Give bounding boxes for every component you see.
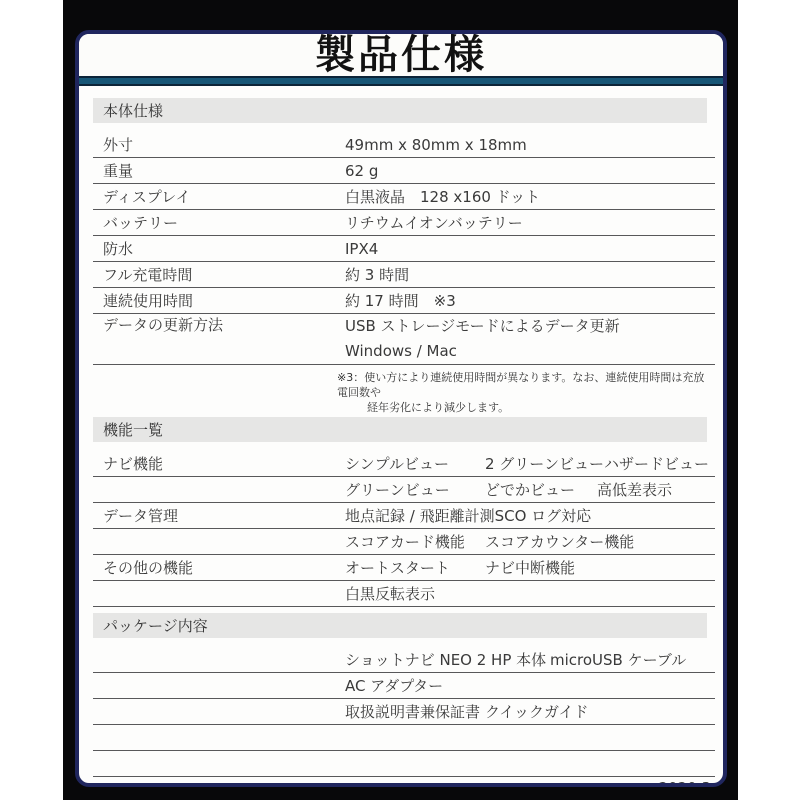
section-package: パッケージ内容 ショットナビ NEO 2 HP 本体microUSB ケーブル …	[93, 613, 715, 777]
row-value: USB ストレージモードによるデータ更新 Windows / Mac	[345, 314, 715, 364]
value-item: Windows / Mac	[345, 339, 457, 364]
table-row: AC アダプター	[93, 673, 715, 699]
value-item: SCO ログ対応	[495, 505, 592, 526]
table-row: 防水 IPX4	[93, 236, 715, 262]
row-label: 防水	[93, 238, 345, 259]
value-item: 約 17 時間 ※3	[345, 290, 456, 311]
value-item: どでかビュー	[485, 479, 597, 500]
section-header: パッケージ内容	[93, 613, 707, 638]
table-row: その他の機能 オートスタートナビ中断機能	[93, 555, 715, 581]
row-label: ディスプレイ	[93, 186, 345, 207]
value-item: USB ストレージモードによるデータ更新	[345, 314, 620, 339]
value-item: 高低差表示	[597, 479, 672, 500]
table-row: 白黒反転表示	[93, 581, 715, 607]
value-line: USB ストレージモードによるデータ更新	[345, 314, 715, 339]
title-divider-bar	[79, 76, 723, 86]
footnote: ※3：使い方により連続使用時間が異なります。なお、連続使用時間は充放電回数や 経…	[337, 365, 715, 417]
footnote-line: 経年劣化により減少します。	[337, 400, 715, 415]
row-label: フル充電時間	[93, 264, 345, 285]
row-value: 取扱説明書兼保証書クイックガイド	[345, 701, 715, 722]
row-label: 外寸	[93, 134, 345, 155]
table-row: データ管理 地点記録 / 飛距離計測SCO ログ対応	[93, 503, 715, 529]
value-item: 白黒反転表示	[345, 583, 435, 604]
table-row: 重量 62 g	[93, 158, 715, 184]
value-item: グリーンビュー	[345, 479, 485, 500]
value-item: 62 g	[345, 162, 378, 180]
row-label: その他の機能	[93, 557, 345, 578]
title-band: 製品仕様	[79, 34, 723, 76]
row-value: シンプルビュー2 グリーンビューハザードビュー	[345, 453, 715, 474]
value-item: スコアカウンター機能	[485, 531, 634, 552]
value-item: 白黒液晶 128 x160 ドット	[345, 186, 540, 207]
row-value: AC アダプター	[345, 675, 715, 696]
spec-content: 本体仕様 外寸 49mm x 80mm x 18mm 重量 62 g ディスプレ…	[79, 86, 723, 787]
row-label: 連続使用時間	[93, 290, 345, 311]
value-item: 地点記録 / 飛距離計測	[345, 505, 495, 526]
value-item: 取扱説明書兼保証書	[345, 701, 485, 722]
row-value: オートスタートナビ中断機能	[345, 557, 715, 578]
value-item: ナビ中断機能	[485, 557, 575, 578]
value-item: ショットナビ NEO 2 HP 本体	[345, 649, 550, 670]
section-header: 本体仕様	[93, 98, 707, 123]
row-label: データ管理	[93, 505, 345, 526]
value-item: AC アダプター	[345, 675, 443, 696]
row-value: 49mm x 80mm x 18mm	[345, 136, 715, 154]
value-item: IPX4	[345, 240, 378, 258]
table-row: ディスプレイ 白黒液晶 128 x160 ドット	[93, 184, 715, 210]
value-line: Windows / Mac	[345, 339, 715, 364]
table-row: ナビ機能 シンプルビュー2 グリーンビューハザードビュー	[93, 451, 715, 477]
value-item: オートスタート	[345, 557, 485, 578]
value-item: スコアカード機能	[345, 531, 485, 552]
footnote-line: ※3：使い方により連続使用時間が異なります。なお、連続使用時間は充放電回数や	[337, 370, 715, 400]
row-value: 約 3 時間	[345, 264, 715, 285]
table-row: グリーンビューどでかビュー高低差表示	[93, 477, 715, 503]
row-label: 重量	[93, 160, 345, 181]
value-item: クイックガイド	[485, 701, 589, 722]
section-header: 機能一覧	[93, 417, 707, 442]
row-value: 白黒液晶 128 x160 ドット	[345, 186, 715, 207]
row-value: 約 17 時間 ※3	[345, 290, 715, 311]
page-title: 製品仕様	[315, 35, 487, 75]
table-row: データの更新方法 USB ストレージモードによるデータ更新 Windows / …	[93, 314, 715, 365]
table-row: フル充電時間 約 3 時間	[93, 262, 715, 288]
row-value: スコアカード機能スコアカウンター機能	[345, 531, 715, 552]
table-row-empty	[93, 751, 715, 777]
table-row: 取扱説明書兼保証書クイックガイド	[93, 699, 715, 725]
section-body-specs: 本体仕様 外寸 49mm x 80mm x 18mm 重量 62 g ディスプレ…	[93, 98, 715, 417]
row-value: 白黒反転表示	[345, 583, 715, 604]
row-label: データの更新方法	[93, 314, 345, 335]
table-row: バッテリー リチウムイオンバッテリー	[93, 210, 715, 236]
value-item: リチウムイオンバッテリー	[345, 212, 523, 233]
row-value: リチウムイオンバッテリー	[345, 212, 715, 233]
row-value: 地点記録 / 飛距離計測SCO ログ対応	[345, 505, 715, 526]
row-value: グリーンビューどでかビュー高低差表示	[345, 479, 715, 500]
value-item: ハザードビュー	[604, 453, 709, 474]
row-value: ショットナビ NEO 2 HP 本体microUSB ケーブル	[345, 649, 715, 670]
table-row-empty	[93, 725, 715, 751]
value-item: 49mm x 80mm x 18mm	[345, 136, 527, 154]
value-item: microUSB ケーブル	[550, 649, 686, 670]
table-row: ショットナビ NEO 2 HP 本体microUSB ケーブル	[93, 647, 715, 673]
value-item: 2 グリーンビュー	[485, 453, 604, 474]
table-row: 連続使用時間 約 17 時間 ※3	[93, 288, 715, 314]
row-value: IPX4	[345, 240, 715, 258]
revision-date: 2020.3	[93, 777, 715, 787]
row-label: ナビ機能	[93, 453, 345, 474]
row-label: バッテリー	[93, 212, 345, 233]
table-row: スコアカード機能スコアカウンター機能	[93, 529, 715, 555]
row-value: 62 g	[345, 162, 715, 180]
spec-sheet-card: 製品仕様 本体仕様 外寸 49mm x 80mm x 18mm 重量 62 g …	[75, 30, 727, 787]
value-item: 約 3 時間	[345, 264, 409, 285]
section-functions: 機能一覧 ナビ機能 シンプルビュー2 グリーンビューハザードビュー グリーンビュ…	[93, 417, 715, 607]
table-row: 外寸 49mm x 80mm x 18mm	[93, 132, 715, 158]
value-item: シンプルビュー	[345, 453, 485, 474]
